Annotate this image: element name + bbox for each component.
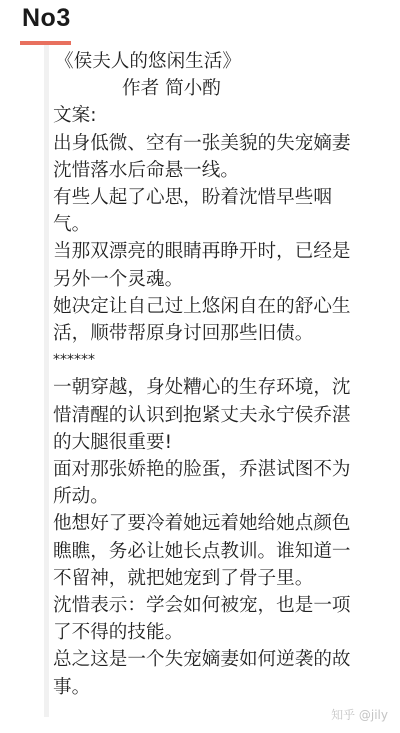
- section-heading: No3: [22, 4, 71, 33]
- synopsis-line: 出身低微、空有一张美貌的失宠嫡妻: [53, 130, 353, 157]
- synopsis-line: 另外一个灵魂。: [53, 266, 353, 293]
- synopsis-line: 沈惜落水后命悬一线。: [53, 157, 353, 184]
- synopsis-line: 活，顺带帮原身讨回那些旧债。: [53, 320, 353, 347]
- synopsis-line: 了不得的技能。: [53, 619, 353, 646]
- book-title: 《侯夫人的悠闲生活》: [53, 48, 353, 75]
- synopsis-line: 气。: [53, 211, 353, 238]
- synopsis-line: 当那双漂亮的眼睛再睁开时，已经是: [53, 238, 353, 265]
- synopsis-line: 瞧瞧，务必让她长点教训。谁知道一: [53, 538, 353, 565]
- book-author: 作者 简小酌: [53, 75, 353, 102]
- synopsis-line: 面对那张娇艳的脸蛋，乔湛试图不为: [53, 456, 353, 483]
- section-divider-asterisks: ******: [53, 347, 353, 374]
- synopsis-label: 文案:: [53, 102, 353, 129]
- synopsis-line: 她决定让自己过上悠闲自在的舒心生: [53, 293, 353, 320]
- synopsis-line: 事。: [53, 674, 353, 701]
- synopsis-line: 他想好了要冷着她远着她给她点颜色: [53, 510, 353, 537]
- synopsis-line: 惜清醒的认识到抱紧丈夫永宁侯乔湛: [53, 402, 353, 429]
- synopsis-line: 所动。: [53, 483, 353, 510]
- zhihu-watermark: 知乎 @jily: [331, 706, 388, 723]
- synopsis-line: 一朝穿越，身处糟心的生存环境，沈: [53, 374, 353, 401]
- synopsis-line: 的大腿很重要!: [53, 429, 353, 456]
- book-synopsis-block: 《侯夫人的悠闲生活》 作者 简小酌 文案: 出身低微、空有一张美貌的失宠嫡妻 沈…: [53, 48, 353, 701]
- synopsis-line: 有些人起了心思，盼着沈惜早些咽: [53, 184, 353, 211]
- synopsis-line: 沈惜表示：学会如何被宠，也是一项: [53, 592, 353, 619]
- synopsis-line: 总之这是一个失宠嫡妻如何逆袭的故: [53, 646, 353, 673]
- synopsis-line: 不留神，就把她宠到了骨子里。: [53, 565, 353, 592]
